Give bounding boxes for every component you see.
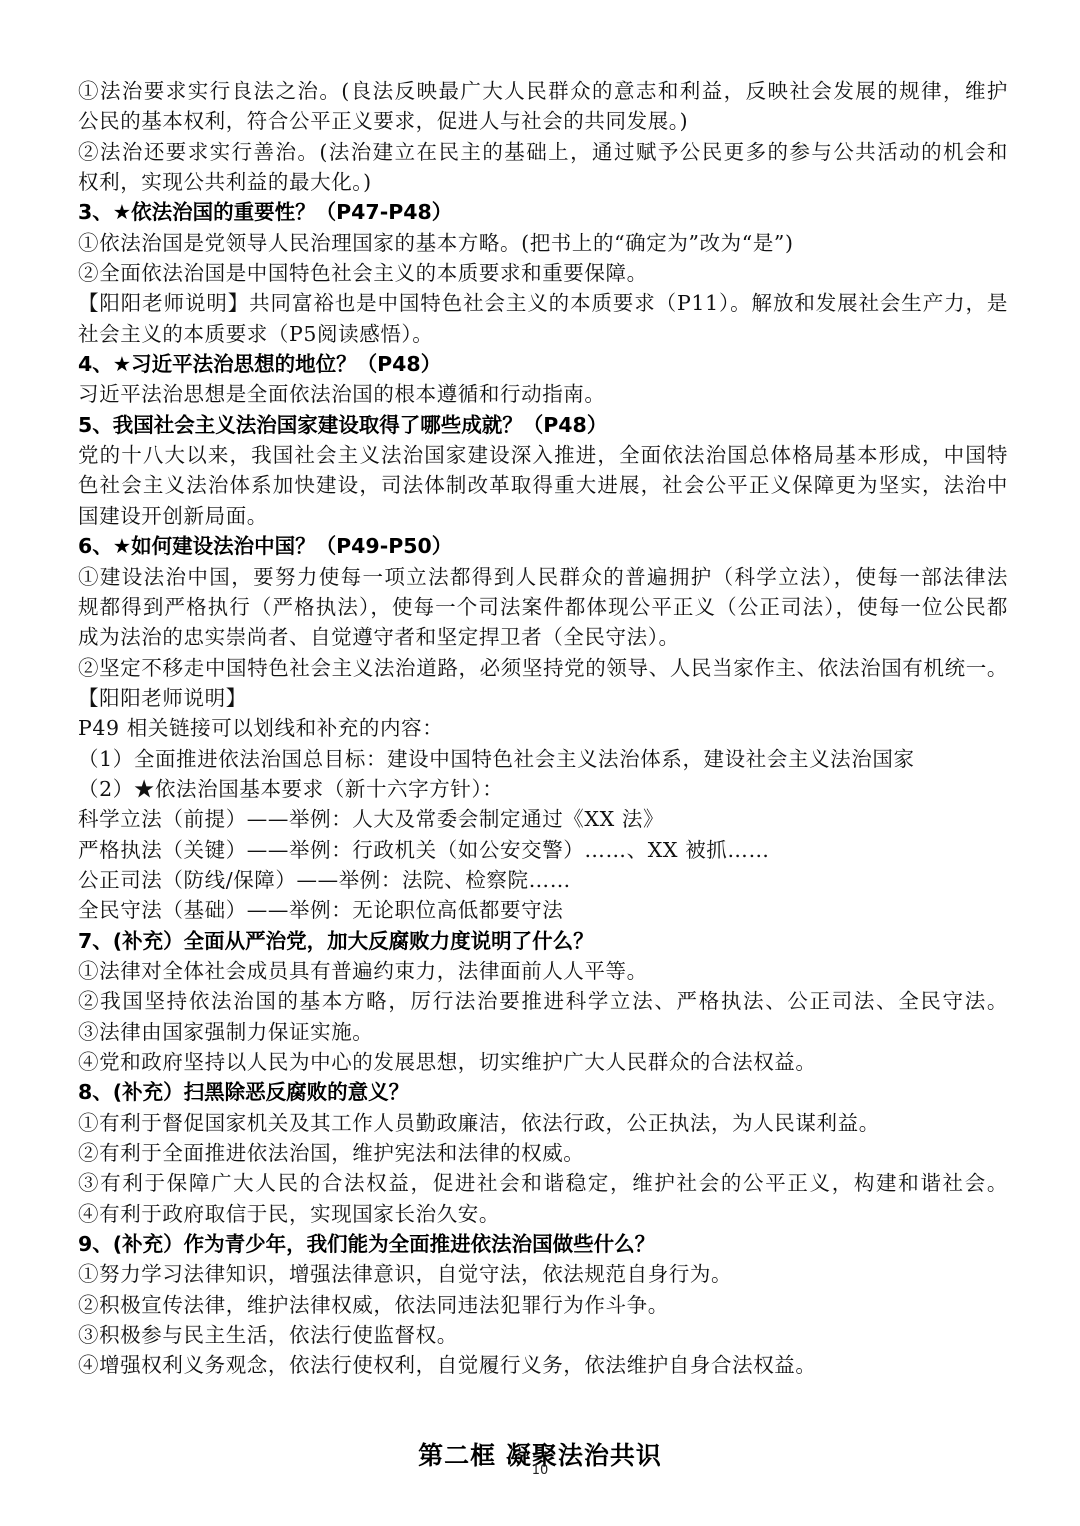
text-line: 社会主义的本质要求（P5阅读感悟）。 bbox=[78, 319, 1008, 349]
text-line: 规都得到严格执行（严格执法），使每一个司法案件都体现公平正义（公正司法），使每一… bbox=[78, 592, 1008, 622]
text-line: ④党和政府坚持以人民为中心的发展思想，切实维护广大人民群众的合法权益。 bbox=[78, 1047, 1008, 1077]
text-line: 全民守法（基础）——举例：无论职位高低都要守法 bbox=[78, 895, 1008, 925]
question-heading-7: 7、(补充）全面从严治党，加大反腐败力度说明了什么？ bbox=[78, 926, 1008, 956]
text-line: 科学立法（前提）——举例：人大及常委会制定通过《XX 法》 bbox=[78, 804, 1008, 834]
page-number: 10 bbox=[0, 1461, 1080, 1481]
text-line: ④增强权利义务观念，依法行使权利，自觉履行义务，依法维护自身合法权益。 bbox=[78, 1350, 1008, 1380]
text-line: 色社会主义法治体系加快建设，司法体制改革取得重大进展，社会公平正义保障更为坚实，… bbox=[78, 470, 1008, 500]
text-line: ①法律对全体社会成员具有普遍约束力，法律面前人人平等。 bbox=[78, 956, 1008, 986]
text-line: 严格执法（关键）——举例：行政机关（如公安交警）……、XX 被抓…… bbox=[78, 835, 1008, 865]
question-heading-5: 5、我国社会主义法治国家建设取得了哪些成就？（P48） bbox=[78, 410, 1008, 440]
question-heading-8: 8、(补充）扫黑除恶反腐败的意义？ bbox=[78, 1077, 1008, 1107]
text-line: 习近平法治思想是全面依法治国的根本遵循和行动指南。 bbox=[78, 379, 1008, 409]
text-line: ①依法治国是党领导人民治理国家的基本方略。(把书上的“确定为”改为“是”) bbox=[78, 228, 1008, 258]
text-line: ③积极参与民主生活，依法行使监督权。 bbox=[78, 1320, 1008, 1350]
text-line: （2）★依法治国基本要求（新十六字方针）： bbox=[78, 774, 1008, 804]
teacher-note-line: 【阳阳老师说明】共同富裕也是中国特色社会主义的本质要求（P11）。解放和发展社会… bbox=[78, 288, 1008, 318]
text-line: 公民的基本权利，符合公平正义要求，促进人与社会的共同发展。) bbox=[78, 106, 1008, 136]
question-heading-9: 9、(补充）作为青少年，我们能为全面推进依法治国做些什么？ bbox=[78, 1229, 1008, 1259]
text-line: ②有利于全面推进依法治国，维护宪法和法律的权威。 bbox=[78, 1138, 1008, 1168]
text-line: ①努力学习法律知识，增强法律意识，自觉守法，依法规范自身行为。 bbox=[78, 1259, 1008, 1289]
text-line: ④有利于政府取信于民，实现国家长治久安。 bbox=[78, 1199, 1008, 1229]
text-line: ②我国坚持依法治国的基本方略，厉行法治要推进科学立法、严格执法、公正司法、全民守… bbox=[78, 986, 1008, 1016]
teacher-note-label: 【阳阳老师说明】 bbox=[78, 683, 1008, 713]
text-line: 成为法治的忠实崇尚者、自觉遵守者和坚定捍卫者（全民守法）。 bbox=[78, 622, 1008, 652]
text-line: ①建设法治中国，要努力使每一项立法都得到人民群众的普遍拥护（科学立法），使每一部… bbox=[78, 562, 1008, 592]
text-line: P49 相关链接可以划线和补充的内容： bbox=[78, 713, 1008, 743]
text-line: 公正司法（防线/保障）——举例：法院、检察院…… bbox=[78, 865, 1008, 895]
text-line: ③有利于保障广大人民的合法权益，促进社会和谐稳定，维护社会的公平正义，构建和谐社… bbox=[78, 1168, 1008, 1198]
text-line: ①法治要求实行良法之治。(良法反映最广大人民群众的意志和利益，反映社会发展的规律… bbox=[78, 76, 1008, 106]
question-heading-6: 6、★如何建设法治中国？（P49-P50） bbox=[78, 531, 1008, 561]
document-body: ①法治要求实行良法之治。(良法反映最广大人民群众的意志和利益，反映社会发展的规律… bbox=[78, 76, 1008, 1381]
text-line: ②全面依法治国是中国特色社会主义的本质要求和重要保障。 bbox=[78, 258, 1008, 288]
text-line: 国建设开创新局面。 bbox=[78, 501, 1008, 531]
text-line: （1）全面推进依法治国总目标：建设中国特色社会主义法治体系，建设社会主义法治国家 bbox=[78, 744, 1008, 774]
text-line: 党的十八大以来，我国社会主义法治国家建设深入推进，全面依法治国总体格局基本形成，… bbox=[78, 440, 1008, 470]
question-heading-3: 3、★依法治国的重要性？（P47-P48） bbox=[78, 197, 1008, 227]
text-line: ②坚定不移走中国特色社会主义法治道路，必须坚持党的领导、人民当家作主、依法治国有… bbox=[78, 653, 1008, 683]
text-line: ②积极宣传法律，维护法律权威，依法同违法犯罪行为作斗争。 bbox=[78, 1290, 1008, 1320]
text-line: ③法律由国家强制力保证实施。 bbox=[78, 1017, 1008, 1047]
text-line: ①有利于督促国家机关及其工作人员勤政廉洁，依法行政，公正执法，为人民谋利益。 bbox=[78, 1108, 1008, 1138]
question-heading-4: 4、★习近平法治思想的地位？（P48） bbox=[78, 349, 1008, 379]
text-line: ②法治还要求实行善治。(法治建立在民主的基础上，通过赋予公民更多的参与公共活动的… bbox=[78, 137, 1008, 167]
text-line: 权利，实现公共利益的最大化。) bbox=[78, 167, 1008, 197]
